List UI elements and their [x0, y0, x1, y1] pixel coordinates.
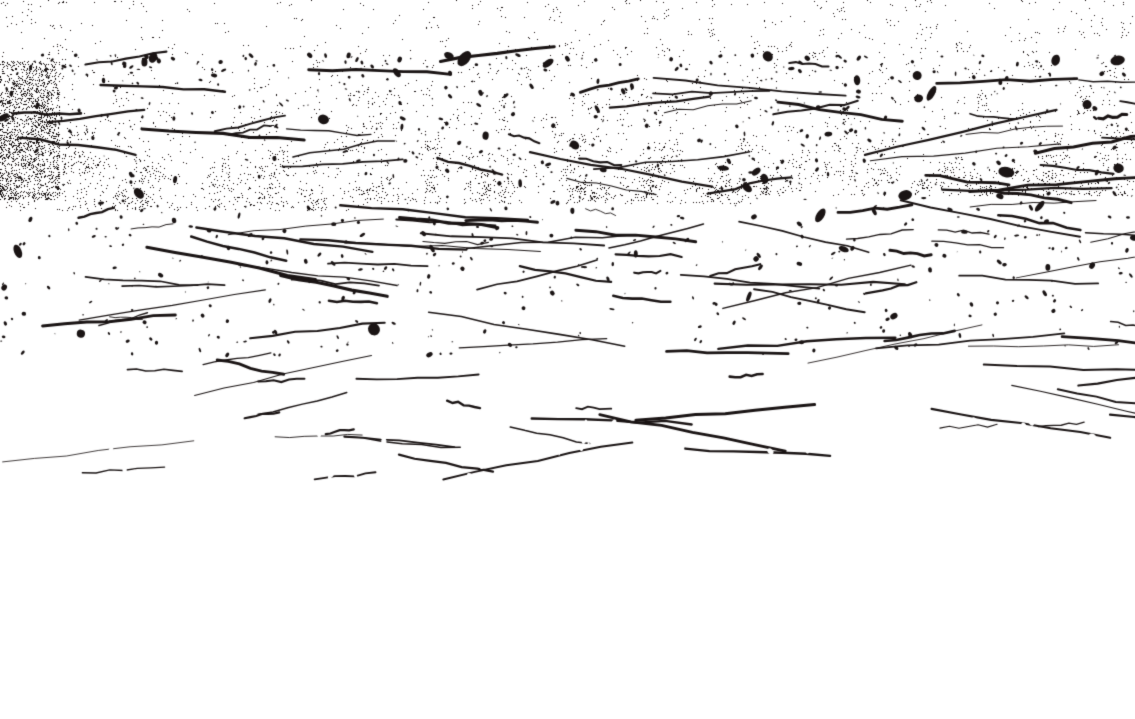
grunge-texture-image: [0, 0, 1135, 719]
